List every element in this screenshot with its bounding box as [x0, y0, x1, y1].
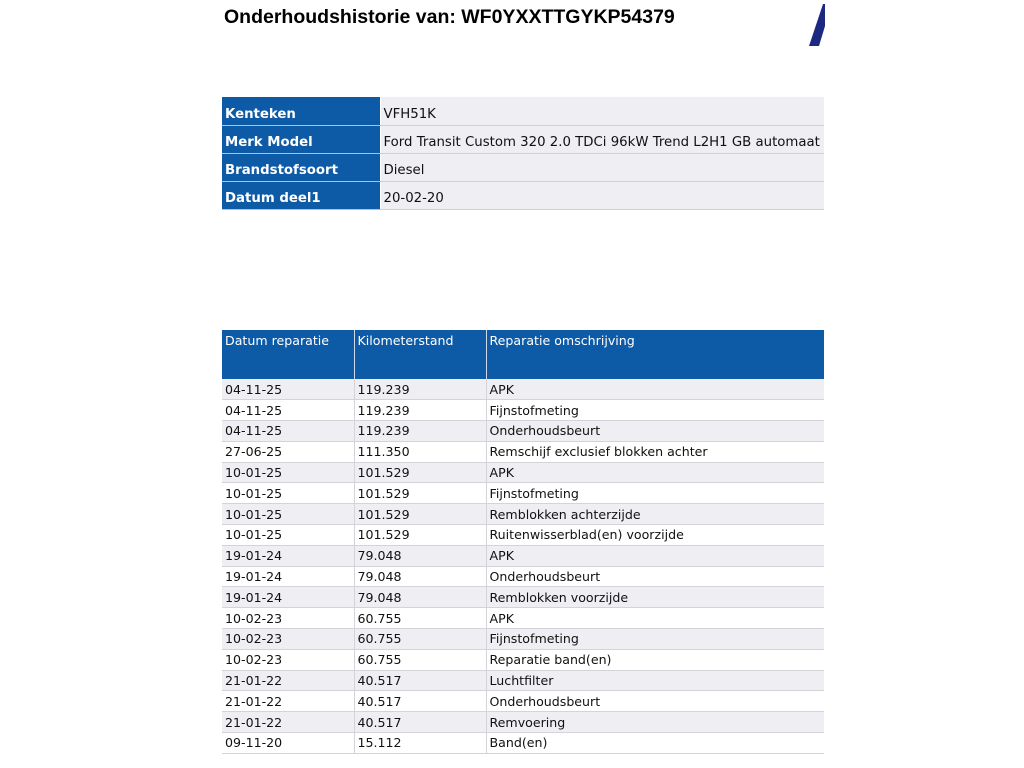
column-header-datum: Datum reparatie [222, 330, 354, 379]
cell-datum: 19-01-24 [222, 566, 354, 587]
cell-datum: 04-11-25 [222, 421, 354, 442]
cell-datum: 09-11-20 [222, 733, 354, 754]
cell-kilometerstand: 40.517 [354, 670, 486, 691]
table-row: 21-01-2240.517Luchtfilter [222, 670, 824, 691]
cell-omschrijving: Fijnstofmeting [486, 400, 824, 421]
cell-datum: 19-01-24 [222, 545, 354, 566]
cell-datum: 21-01-22 [222, 691, 354, 712]
cell-omschrijving: APK [486, 608, 824, 629]
cell-omschrijving: Band(en) [486, 733, 824, 754]
cell-kilometerstand: 60.755 [354, 629, 486, 650]
cell-datum: 21-01-22 [222, 670, 354, 691]
cell-kilometerstand: 15.112 [354, 733, 486, 754]
cell-omschrijving: Onderhoudsbeurt [486, 566, 824, 587]
cell-kilometerstand: 119.239 [354, 421, 486, 442]
cell-datum: 10-02-23 [222, 649, 354, 670]
cell-omschrijving: Onderhoudsbeurt [486, 691, 824, 712]
cell-omschrijving: Remschijf exclusief blokken achter [486, 441, 824, 462]
table-row: 19-01-2479.048Remblokken voorzijde [222, 587, 824, 608]
table-row: 21-01-2240.517Remvoering [222, 712, 824, 733]
cell-omschrijving: Fijnstofmeting [486, 483, 824, 504]
cell-kilometerstand: 101.529 [354, 525, 486, 546]
vehicle-label: Brandstofsoort [222, 153, 380, 181]
table-row: 10-02-2360.755Fijnstofmeting [222, 629, 824, 650]
maintenance-history-table: Datum reparatie Kilometerstand Reparatie… [222, 330, 824, 754]
table-row: 04-11-25119.239Fijnstofmeting [222, 400, 824, 421]
cell-kilometerstand: 119.239 [354, 379, 486, 400]
cell-datum: 10-01-25 [222, 462, 354, 483]
cell-kilometerstand: 119.239 [354, 400, 486, 421]
cell-omschrijving: Remvoering [486, 712, 824, 733]
cell-datum: 21-01-22 [222, 712, 354, 733]
table-row: 04-11-25119.239APK [222, 379, 824, 400]
vehicle-value: VFH51K [380, 97, 824, 125]
cell-kilometerstand: 101.529 [354, 483, 486, 504]
cell-datum: 10-01-25 [222, 483, 354, 504]
cell-kilometerstand: 60.755 [354, 649, 486, 670]
vehicle-label: Merk Model [222, 125, 380, 153]
cell-kilometerstand: 40.517 [354, 691, 486, 712]
cell-datum: 10-01-25 [222, 504, 354, 525]
cell-omschrijving: APK [486, 545, 824, 566]
cell-omschrijving: Fijnstofmeting [486, 629, 824, 650]
cell-kilometerstand: 79.048 [354, 545, 486, 566]
table-row: 10-02-2360.755APK [222, 608, 824, 629]
cell-omschrijving: APK [486, 462, 824, 483]
vehicle-row-brandstofsoort: Brandstofsoort Diesel [222, 153, 824, 181]
cell-kilometerstand: 101.529 [354, 504, 486, 525]
cell-datum: 10-02-23 [222, 608, 354, 629]
cell-kilometerstand: 101.529 [354, 462, 486, 483]
vehicle-row-kenteken: Kenteken VFH51K [222, 97, 824, 125]
vehicle-row-merk-model: Merk Model Ford Transit Custom 320 2.0 T… [222, 125, 824, 153]
cell-datum: 04-11-25 [222, 379, 354, 400]
cell-omschrijving: Luchtfilter [486, 670, 824, 691]
cell-datum: 04-11-25 [222, 400, 354, 421]
vehicle-label: Kenteken [222, 97, 380, 125]
cell-datum: 10-01-25 [222, 525, 354, 546]
cell-kilometerstand: 111.350 [354, 441, 486, 462]
table-row: 04-11-25119.239Onderhoudsbeurt [222, 421, 824, 442]
cell-datum: 10-02-23 [222, 629, 354, 650]
vehicle-value: Diesel [380, 153, 824, 181]
page-title: Onderhoudshistorie van: WF0YXXTTGYKP5437… [224, 6, 675, 29]
cell-omschrijving: Remblokken achterzijde [486, 504, 824, 525]
cell-kilometerstand: 79.048 [354, 587, 486, 608]
table-row: 19-01-2479.048APK [222, 545, 824, 566]
history-header-row: Datum reparatie Kilometerstand Reparatie… [222, 330, 824, 379]
vehicle-value: Ford Transit Custom 320 2.0 TDCi 96kW Tr… [380, 125, 824, 153]
vehicle-info-table: Kenteken VFH51K Merk Model Ford Transit … [222, 97, 824, 210]
table-row: 09-11-2015.112Band(en) [222, 733, 824, 754]
cell-omschrijving: Reparatie band(en) [486, 649, 824, 670]
cell-datum: 19-01-24 [222, 587, 354, 608]
cell-kilometerstand: 40.517 [354, 712, 486, 733]
cell-omschrijving: Ruitenwisserblad(en) voorzijde [486, 525, 824, 546]
table-row: 21-01-2240.517Onderhoudsbeurt [222, 691, 824, 712]
cell-kilometerstand: 79.048 [354, 566, 486, 587]
table-row: 19-01-2479.048Onderhoudsbeurt [222, 566, 824, 587]
cell-datum: 27-06-25 [222, 441, 354, 462]
vehicle-value: 20-02-20 [380, 181, 824, 209]
column-header-kilometerstand: Kilometerstand [354, 330, 486, 379]
cell-omschrijving: Onderhoudsbeurt [486, 421, 824, 442]
table-row: 27-06-25111.350Remschijf exclusief blokk… [222, 441, 824, 462]
column-header-omschrijving: Reparatie omschrijving [486, 330, 824, 379]
table-row: 10-01-25101.529Ruitenwisserblad(en) voor… [222, 525, 824, 546]
cell-omschrijving: APK [486, 379, 824, 400]
vehicle-label: Datum deel1 [222, 181, 380, 209]
table-row: 10-01-25101.529Remblokken achterzijde [222, 504, 824, 525]
table-row: 10-01-25101.529Fijnstofmeting [222, 483, 824, 504]
table-row: 10-02-2360.755Reparatie band(en) [222, 649, 824, 670]
cell-omschrijving: Remblokken voorzijde [486, 587, 824, 608]
cell-kilometerstand: 60.755 [354, 608, 486, 629]
vehicle-row-datum-deel1: Datum deel1 20-02-20 [222, 181, 824, 209]
table-row: 10-01-25101.529APK [222, 462, 824, 483]
logo-letter-a-icon [809, 4, 825, 46]
